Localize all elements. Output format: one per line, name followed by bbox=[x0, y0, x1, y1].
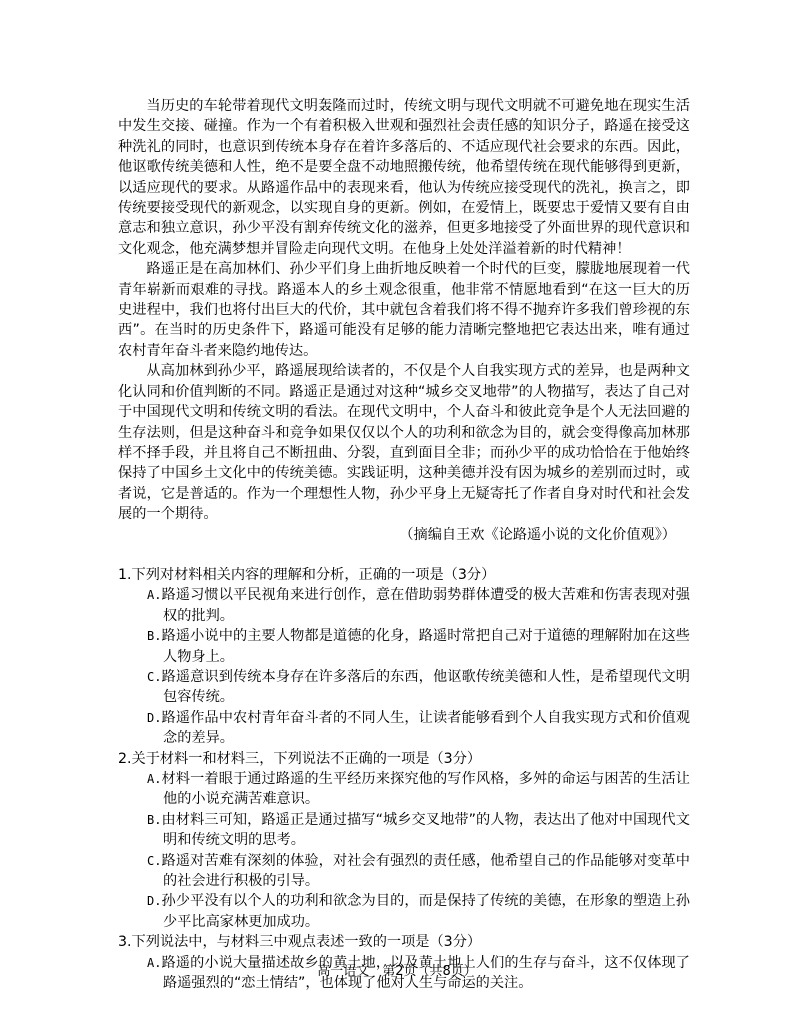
question-1: 1.下列对材料相关内容的理解和分析，正确的一项是（3分） A.路遥习惯以平民视角… bbox=[118, 565, 690, 749]
option-d: D.孙少平没有以个人的功利和欲念为目的，而是保持了传统的美德，在形象的塑造上孙少… bbox=[147, 891, 690, 932]
option-b: B.由材料三可知，路遥正是通过描写“城乡交叉地带”的人物，表达出了他对中国现代文… bbox=[147, 810, 690, 851]
option-b: B.路遥小说中的主要人物都是道德的化身，路遥时常把自己对于道德的理解附加在这些人… bbox=[147, 626, 690, 667]
passage-source: （摘编自王欢《论路遥小说的文化价值观》） bbox=[118, 525, 690, 545]
question-2: 2.关于材料一和材料三，下列说法不正确的一项是（3分） A.材料一着眼于通过路遥… bbox=[118, 749, 690, 933]
question-stem: 1.下列对材料相关内容的理解和分析，正确的一项是（3分） bbox=[118, 565, 690, 585]
passage-paragraph: 当历史的车轮带着现代文明轰隆而过时，传统文明与现代文明就不可避免地在现实生活中发… bbox=[118, 96, 690, 259]
question-stem: 3.下列说法中，与材料三中观点表述一致的一项是（3分） bbox=[118, 932, 690, 952]
option-a: A.路遥习惯以平民视角来进行创作，意在借助弱势群体遭受的极大苦难和伤害表现对强权… bbox=[147, 585, 690, 626]
option-a: A.材料一着眼于通过路遥的生平经历来探究他的写作风格，多舛的命运与困苦的生活让他… bbox=[147, 769, 690, 810]
question-stem: 2.关于材料一和材料三，下列说法不正确的一项是（3分） bbox=[118, 749, 690, 769]
page-footer: 高一语文 第2页（共8页） bbox=[0, 960, 794, 979]
passage-paragraph: 从高加林到孙少平，路遥展现给读者的，不仅是个人自我实现方式的差异，也是两种文化认… bbox=[118, 361, 690, 524]
option-d: D.路遥作品中农村青年奋斗者的不同人生，让读者能够看到个人自我实现方式和价值观念… bbox=[147, 708, 690, 749]
option-c: C.路遥意识到传统本身存在许多落后的东西，他讴歌传统美德和人性，是希望现代文明包… bbox=[147, 667, 690, 708]
passage-paragraph: 路遥正是在高加林们、孙少平们身上曲折地反映着一个时代的巨变，朦胧地展现着一代青年… bbox=[118, 259, 690, 361]
reading-passage: 当历史的车轮带着现代文明轰隆而过时，传统文明与现代文明就不可避免地在现实生活中发… bbox=[118, 96, 690, 545]
question-list: 1.下列对材料相关内容的理解和分析，正确的一项是（3分） A.路遥习惯以平民视角… bbox=[118, 565, 690, 994]
exam-page: 当历史的车轮带着现代文明轰隆而过时，传统文明与现代文明就不可避免地在现实生活中发… bbox=[118, 96, 690, 993]
option-c: C.路遥对苦难有深刻的体验，对社会有强烈的责任感，他希望自己的作品能够对变革中的… bbox=[147, 851, 690, 892]
